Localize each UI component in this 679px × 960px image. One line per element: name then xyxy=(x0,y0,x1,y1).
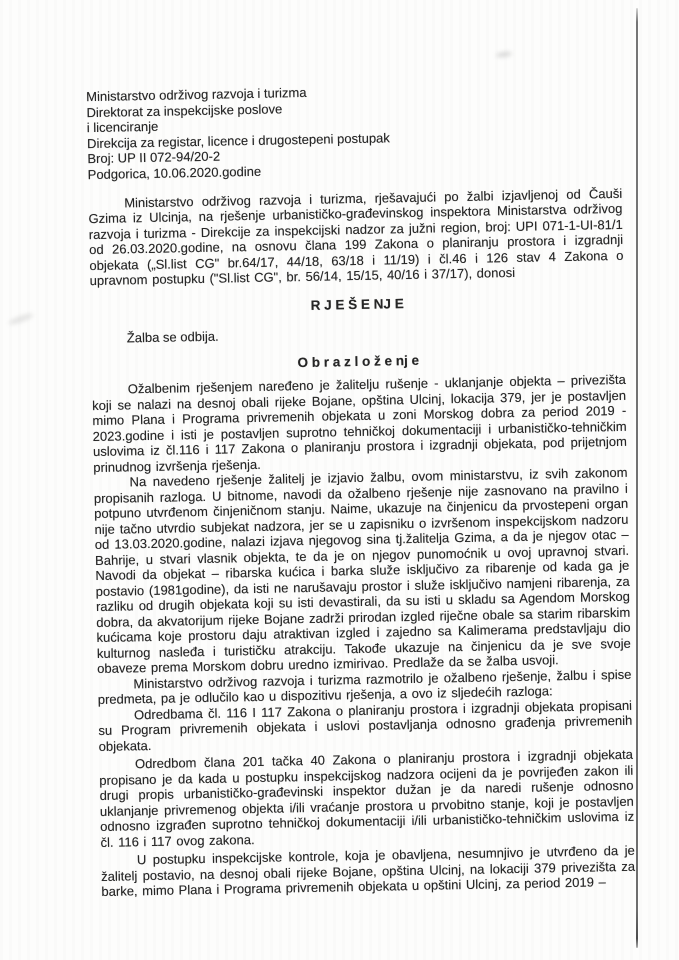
letterhead: Ministarstvo održivog razvoja i turizma … xyxy=(86,79,622,183)
body-paragraph: Odredbama čl. 116 I 117 Zakona o planira… xyxy=(98,697,633,754)
body-paragraph: Na navedeno rješenje žalitelj je izjavio… xyxy=(93,465,631,677)
ruling-statement: Žalba se odbija. xyxy=(91,320,625,346)
scanned-document-page: Ministarstvo održivog razvoja i turizma … xyxy=(0,0,679,960)
scan-smudge xyxy=(496,51,513,58)
body-paragraph: Ožalbenim rješenjem naređeno je žalitelj… xyxy=(92,372,628,475)
scan-edge-line xyxy=(636,8,638,948)
body-paragraph: Odredbom člana 201 tačka 40 Zakona o pla… xyxy=(99,747,635,850)
body-paragraph: U postupku inspekcijske kontrole, koja j… xyxy=(101,843,636,900)
scan-smudge xyxy=(8,312,34,327)
ruling-heading: R J E Š E NJ E xyxy=(90,290,624,317)
document-content: Ministarstvo održivog razvoja i turizma … xyxy=(86,79,635,900)
intro-paragraph: Ministarstvo održivog razvoja i turizma,… xyxy=(88,185,624,288)
explanation-heading: O b r a z l o ž e nj e xyxy=(91,348,625,375)
